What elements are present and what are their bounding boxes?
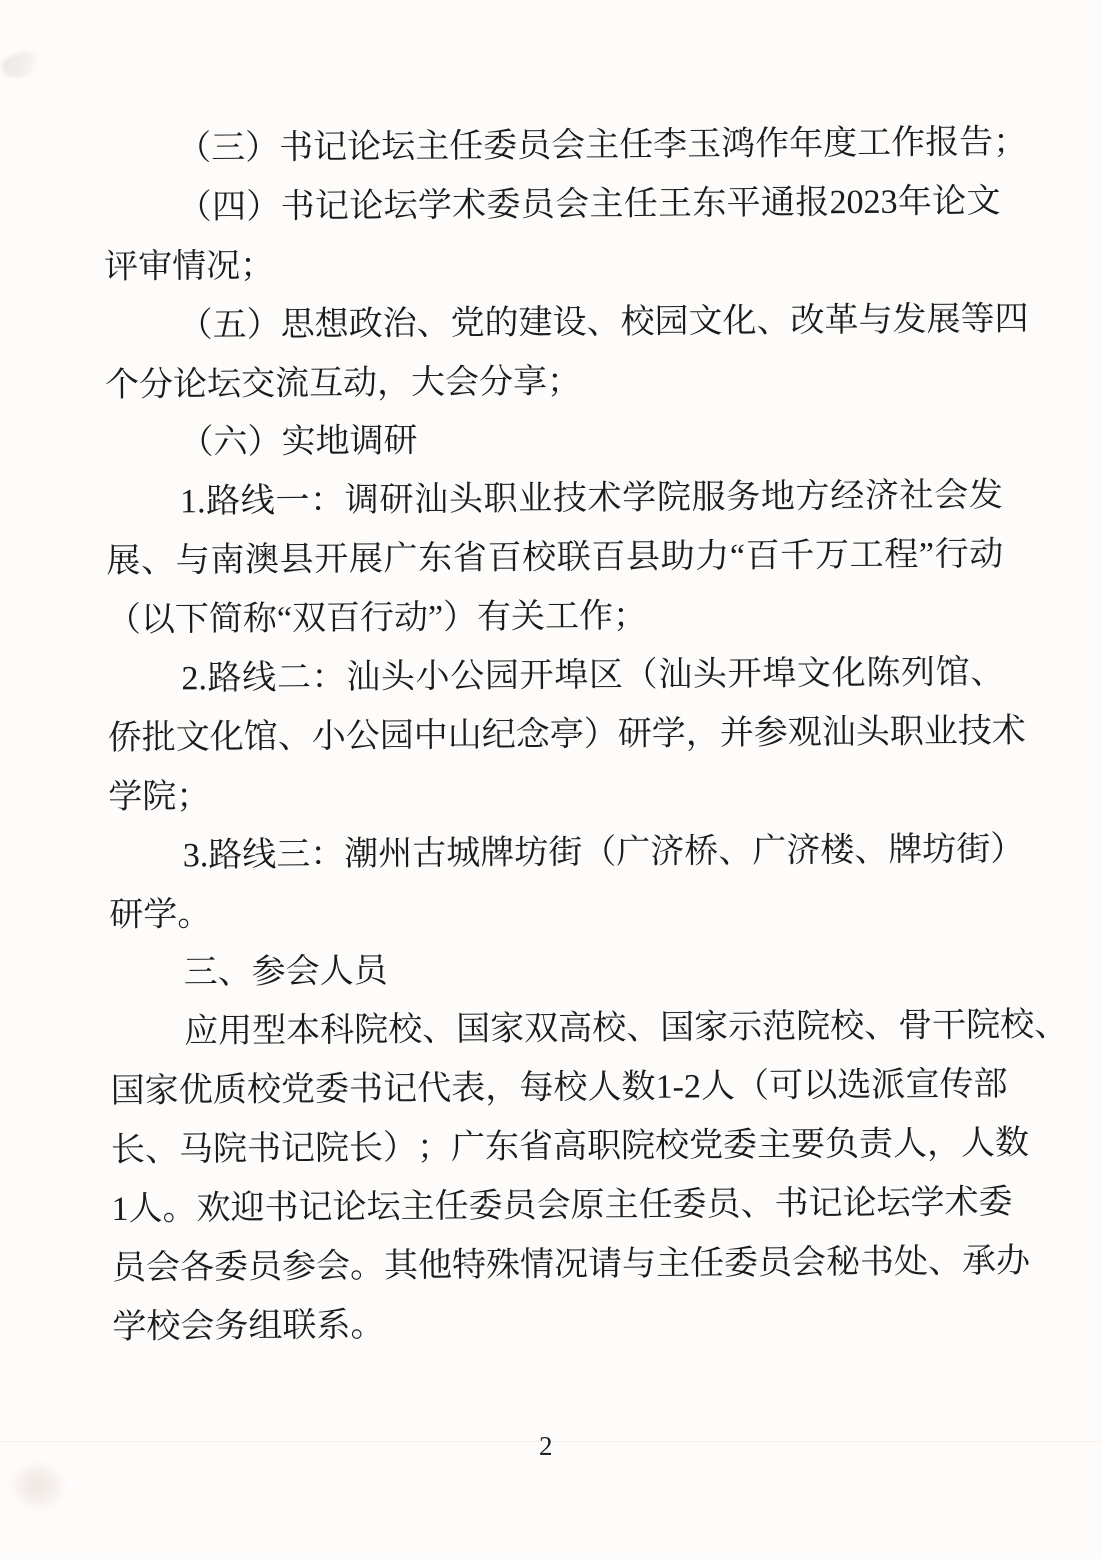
text-line: 评审情况； xyxy=(104,232,1001,298)
text-line: 个分论坛交流互动，大会分享； xyxy=(105,350,1002,416)
text-line: （六）实地调研 xyxy=(105,408,1002,474)
scanned-page: （三）书记论坛主任委员会主任李玉鸿作年度工作报告；（四）书记论坛学术委员会主任王… xyxy=(0,0,1102,1559)
page-number: 2 xyxy=(0,1428,1092,1464)
text-line: 长、马院书记院长）；广东省高职院校党委主要负责人，人数 xyxy=(111,1115,1008,1181)
text-line: 学院； xyxy=(108,762,1005,828)
text-line: 2.路线二：汕头小公园开埠区（汕头开埠文化陈列馆、 xyxy=(107,644,1004,710)
text-line: 1人。欢迎书记论坛主任委员会原主任委员、书记论坛学术委 xyxy=(111,1174,1008,1240)
text-line: （五）思想政治、党的建设、校园文化、改革与发展等四 xyxy=(104,291,1001,357)
text-line: 员会各委员参会。其他特殊情况请与主任委员会秘书处、承办 xyxy=(112,1233,1009,1299)
text-line: 1.路线一：调研汕头职业技术学院服务地方经济社会发 xyxy=(106,467,1003,533)
text-line: 三、参会人员 xyxy=(109,938,1006,1004)
text-line: 研学。 xyxy=(109,880,1006,946)
document-body: （三）书记论坛主任委员会主任李玉鸿作年度工作报告；（四）书记论坛学术委员会主任王… xyxy=(103,114,1010,1358)
text-line: （以下简称“双百行动”）有关工作； xyxy=(107,585,1004,651)
text-line: 侨批文化馆、小公园中山纪念亭）研学，并参观汕头职业技术 xyxy=(108,703,1005,769)
scan-smudge-bottom-left xyxy=(6,1458,70,1514)
text-line: 应用型本科院校、国家双高校、国家示范院校、骨干院校、 xyxy=(110,997,1007,1063)
text-line: （三）书记论坛主任委员会主任李玉鸿作年度工作报告； xyxy=(103,114,1000,180)
text-line: 3.路线三：潮州古城牌坊街（广济桥、广济楼、牌坊街） xyxy=(109,821,1006,887)
text-line: 学校会务组联系。 xyxy=(112,1292,1009,1358)
text-line: 国家优质校党委书记代表，每校人数1-2人（可以选派宣传部 xyxy=(110,1056,1007,1122)
text-line: （四）书记论坛学术委员会主任王东平通报2023年论文 xyxy=(103,173,1000,239)
scan-smudge-top-left xyxy=(0,46,49,82)
text-line: 展、与南澳县开展广东省百校联百县助力“百千万工程”行动 xyxy=(106,526,1003,592)
